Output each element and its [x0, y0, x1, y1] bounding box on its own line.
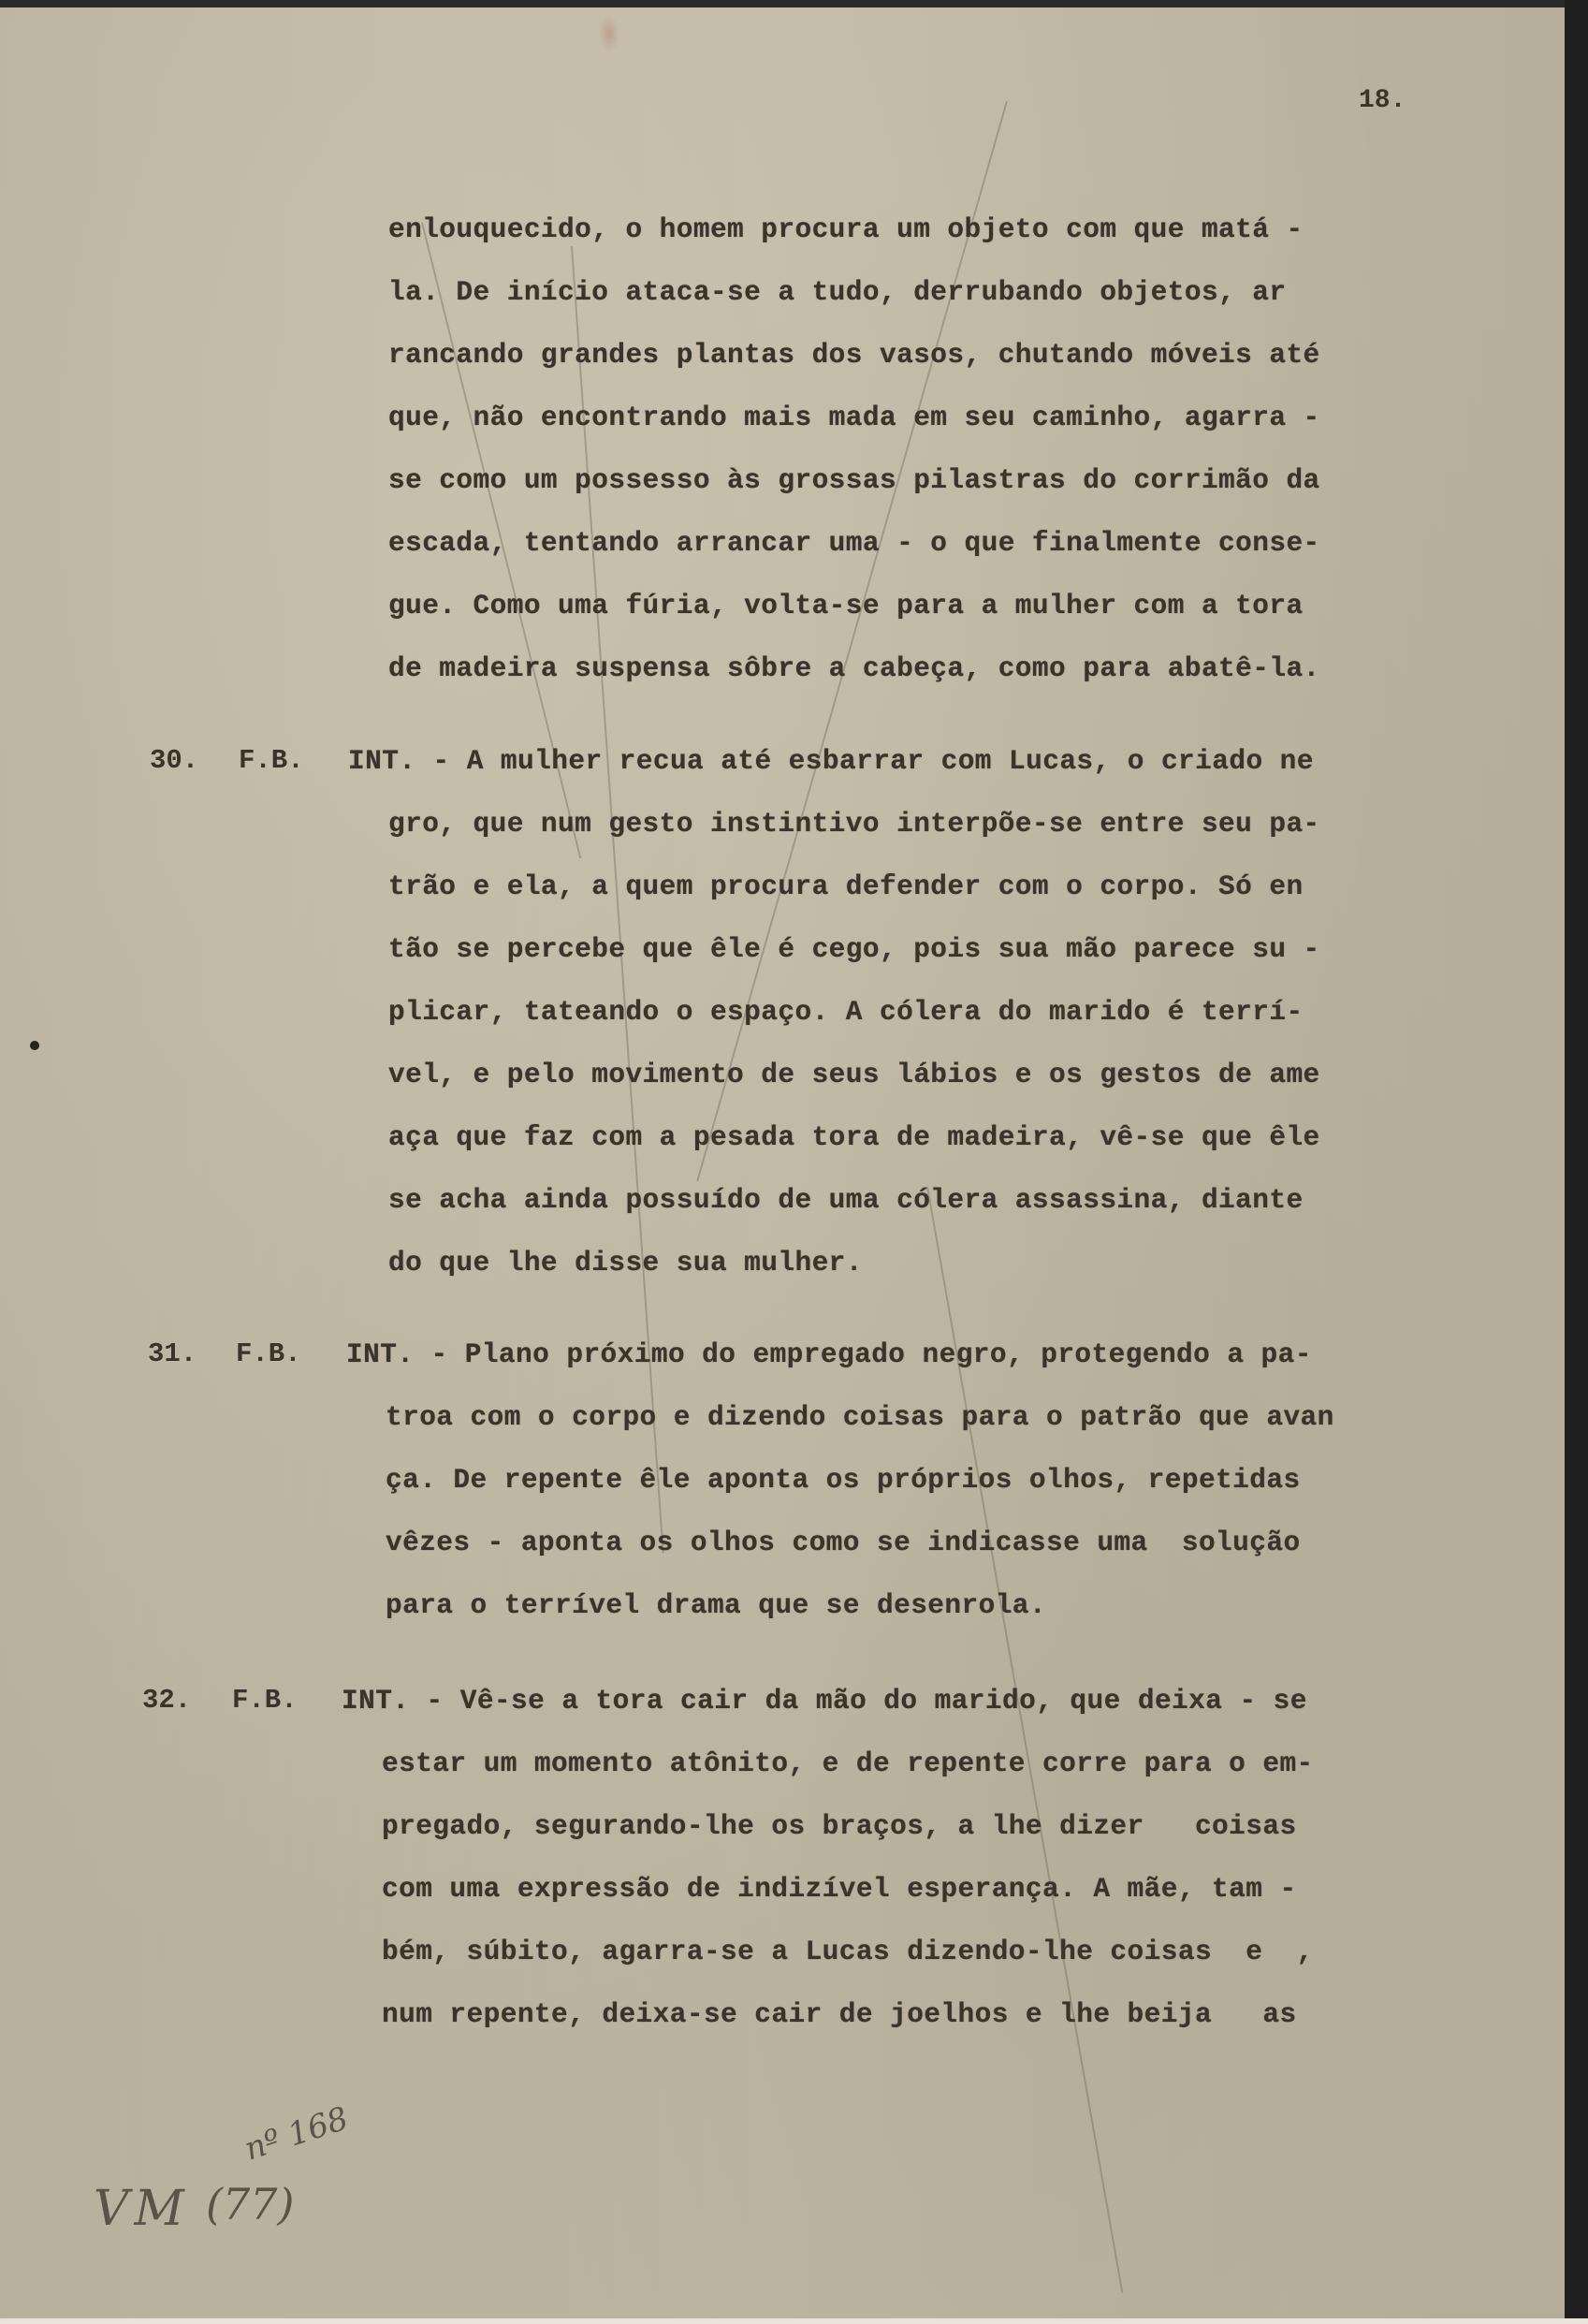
- text-line: do que lhe disse sua mulher.: [388, 1247, 863, 1279]
- text-line: tão se percebe que êle é cego, pois sua …: [388, 933, 1320, 965]
- text-line: INT. - A mulher recua até esbarrar com L…: [348, 745, 1314, 777]
- scene-number: 32.: [142, 1685, 191, 1716]
- text-line: INT. - Plano próximo do empregado negro,…: [346, 1338, 1312, 1370]
- handwritten-annotation: VM nº 168 (77): [94, 2115, 356, 2265]
- text-line: rancando grandes plantas dos vasos, chut…: [388, 339, 1320, 371]
- scene-number: 30.: [150, 745, 198, 776]
- text-line: num repente, deixa-se cair de joelhos e …: [382, 1998, 1297, 2030]
- text-line: estar um momento atônito, e de repente c…: [382, 1747, 1314, 1779]
- text-line: troa com o corpo e dizendo coisas para o…: [386, 1401, 1334, 1433]
- text-line: gro, que num gesto instintivo interpõe-s…: [388, 808, 1320, 840]
- text-line: com uma expressão de indizível esperança…: [382, 1873, 1297, 1905]
- text-line: aça que faz com a pesada tora de madeira…: [388, 1121, 1320, 1153]
- handwritten-initials: VM: [94, 2181, 190, 2237]
- text-line: INT. - Vê-se a tora cair da mão do marid…: [342, 1685, 1307, 1717]
- text-line: gue. Como uma fúria, volta-se para a mul…: [388, 590, 1304, 621]
- shot-type: F.B.: [236, 1338, 301, 1369]
- scan-border: [1565, 0, 1588, 2324]
- paper-stain: [599, 15, 619, 52]
- text-line: de madeira suspensa sôbre a cabeça, como…: [388, 652, 1320, 684]
- margin-mark: [30, 1041, 39, 1050]
- text-line: enlouquecido, o homem procura um objeto …: [388, 213, 1304, 245]
- page-number: 18.: [1359, 86, 1406, 115]
- handwritten-parenthetical: (77): [206, 2179, 294, 2229]
- text-line: se acha ainda possuído de uma cólera ass…: [388, 1184, 1304, 1216]
- text-line: trão e ela, a quem procura defender com …: [388, 870, 1304, 902]
- text-line: bém, súbito, agarra-se a Lucas dizendo-l…: [382, 1936, 1314, 1967]
- scan-border: [0, 2318, 1588, 2324]
- text-line: se como um possesso às grossas pilastras…: [388, 464, 1320, 496]
- text-line: escada, tentando arrancar uma - o que fi…: [388, 527, 1320, 559]
- shot-type: F.B.: [239, 745, 304, 776]
- text-line: pregado, segurando-lhe os braços, a lhe …: [382, 1810, 1297, 1842]
- text-line: que, não encontrando mais mada em seu ca…: [388, 402, 1320, 433]
- text-line: plicar, tateando o espaço. A cólera do m…: [388, 996, 1304, 1028]
- text-line: vel, e pelo movimento de seus lábios e o…: [388, 1059, 1320, 1090]
- text-line: ça. De repente êle aponta os próprios ol…: [386, 1464, 1301, 1496]
- scene-number: 31.: [148, 1338, 197, 1369]
- text-line: para o terrível drama que se desenrola.: [386, 1589, 1046, 1621]
- shot-type: F.B.: [232, 1685, 298, 1716]
- text-line: la. De início ataca-se a tudo, derruband…: [388, 276, 1286, 308]
- text-line: vêzes - aponta os olhos como se indicass…: [386, 1527, 1301, 1558]
